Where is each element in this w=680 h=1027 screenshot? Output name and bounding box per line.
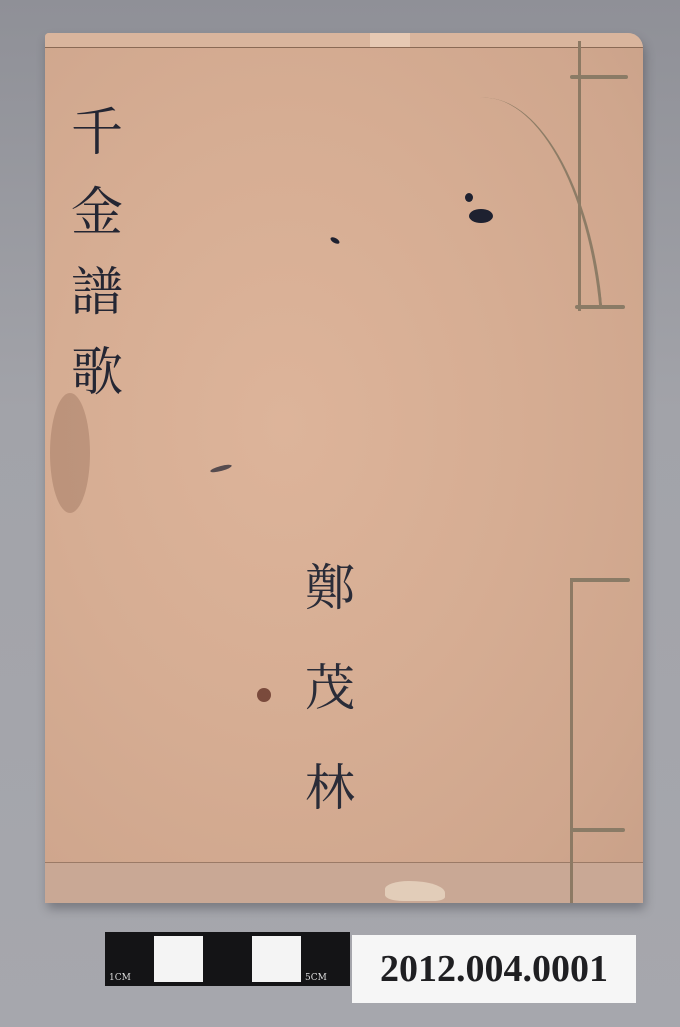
- book-title-vertical: 千 金 譜 歌: [57, 93, 137, 413]
- title-char: 金: [71, 173, 123, 253]
- title-char: 譜: [71, 253, 123, 333]
- book-cover: 千 金 譜 歌 鄭 茂 林: [45, 33, 643, 903]
- scale-segment: [203, 936, 252, 982]
- top-edge: [45, 33, 643, 48]
- ink-spot: [469, 209, 493, 223]
- binding-stitch-1: [570, 75, 628, 79]
- binding-stitch-3: [570, 578, 630, 582]
- author-char: 茂: [305, 638, 355, 738]
- bottom-edge: [45, 862, 643, 903]
- ink-smudge: [210, 463, 233, 474]
- scale-label-start: 1CM: [109, 973, 131, 983]
- accession-number-label: 2012.004.0001: [352, 935, 636, 1003]
- ink-mark: [329, 236, 340, 245]
- stain-spot: [257, 688, 271, 702]
- title-char: 千: [71, 93, 123, 173]
- author-char: 林: [305, 738, 355, 838]
- scale-bar: 1CM 5CM: [105, 932, 350, 986]
- binding-stitch-4: [570, 828, 625, 832]
- top-edge-patch: [370, 33, 410, 47]
- author-char: 鄭: [305, 538, 355, 638]
- title-char: 歌: [71, 333, 123, 413]
- author-name-vertical: 鄭 茂 林: [290, 538, 370, 838]
- grass-fiber: [481, 89, 603, 317]
- ink-spot: [465, 193, 473, 202]
- scale-label-end: 5CM: [305, 973, 327, 983]
- scale-segment: [154, 936, 203, 982]
- binding-thread-lower: [570, 578, 573, 903]
- scale-segment: [252, 936, 301, 982]
